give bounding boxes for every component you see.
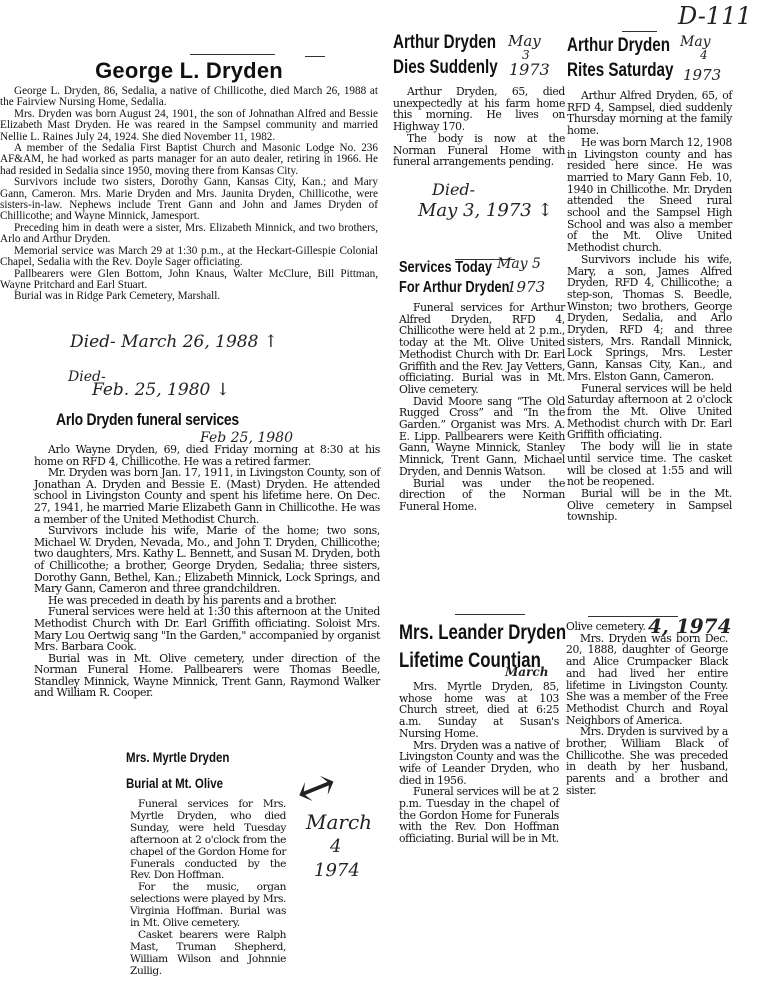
paragraph: Funeral services will be held Saturday a… xyxy=(567,383,732,442)
headline-line-2: Rites Saturday xyxy=(567,58,699,83)
paragraph: David Moore sang “The Old Rugged Cross” … xyxy=(399,396,565,478)
divider xyxy=(305,56,325,57)
paragraph: George L. Dryden, 86, Sedalia, a native … xyxy=(0,86,378,109)
handwritten-note: 4 xyxy=(330,836,341,857)
obituary-arlo-dryden: Arlo Dryden funeral services Arlo Wayne … xyxy=(34,410,380,699)
paragraph: Funeral services for Mrs. Myrtle Dryden,… xyxy=(130,799,286,882)
article-body: Funeral services for Mrs. Myrtle Dryden,… xyxy=(126,799,286,978)
paragraph: Arthur Alfred Dryden, 65, of RFD 4, Samp… xyxy=(567,90,732,137)
headline-line-2: Burial at Mt. Olive xyxy=(126,773,257,793)
paragraph: Burial was under the direction of the No… xyxy=(399,478,565,513)
paragraph: Pallbearers were Glen Bottom, John Knaus… xyxy=(0,269,378,292)
handwritten-note: 4, 1974 xyxy=(648,614,732,638)
handwritten-note: May 5 xyxy=(497,256,541,272)
obituary-myrtle-burial: Mrs. Myrtle Dryden Burial at Mt. Olive F… xyxy=(126,747,286,978)
article-body-col-1: Mrs. Myrtle Dryden, 85, whose home was a… xyxy=(399,681,559,845)
paragraph: Survivors include two sisters, Dorothy G… xyxy=(0,177,378,223)
paragraph: Mrs. Dryden was born Dec. 20, 1888, daug… xyxy=(566,633,728,727)
paragraph: Arlo Wayne Dryden, 69, died Friday morni… xyxy=(34,444,380,467)
paragraph: Survivors include his wife, Marie of the… xyxy=(34,525,380,595)
paragraph: Mrs. Dryden is survived by a brother, Wi… xyxy=(566,726,728,796)
handwritten-note: March xyxy=(505,665,548,679)
handwritten-note: Died- xyxy=(432,180,475,199)
paragraph: Memorial service was March 29 at 1:30 p.… xyxy=(0,246,378,269)
paragraph: He was born March 12, 1908 in Livingston… xyxy=(567,137,732,254)
article-body: Arlo Wayne Dryden, 69, died Friday morni… xyxy=(34,444,380,699)
paragraph: Burial was in Ridge Park Cemetery, Marsh… xyxy=(0,291,378,302)
paragraph: Preceding him in death were a sister, Mr… xyxy=(0,223,378,246)
paragraph: Funeral services for Arthur Alfred Dryde… xyxy=(399,302,565,396)
paragraph: Mrs. Dryden was born August 24, 1901, th… xyxy=(0,109,378,143)
article-body: Funeral services for Arthur Alfred Dryde… xyxy=(399,302,565,513)
paragraph: Arthur Dryden, 65, died unexpectedly at … xyxy=(393,86,565,133)
divider xyxy=(190,54,275,55)
headline: Arlo Dryden funeral services xyxy=(56,410,322,430)
handwritten-note: Feb 25, 1980 xyxy=(200,430,293,446)
paragraph: Burial will be in the Mt. Olive cemetery… xyxy=(567,488,732,523)
headline: George L. Dryden xyxy=(0,58,378,84)
paragraph: Funeral services were held at 1:30 this … xyxy=(34,606,380,652)
handwritten-note: May 3, 1973 ↕ xyxy=(418,200,553,221)
paragraph: For the music, organ selections were pla… xyxy=(130,882,286,930)
article-body: George L. Dryden, 86, Sedalia, a native … xyxy=(0,86,378,303)
page-label: D-111 xyxy=(678,2,752,30)
obituary-george-dryden: George L. Dryden George L. Dryden, 86, S… xyxy=(0,58,378,303)
paragraph: Mr. Dryden was born Jan. 17, 1911, in Li… xyxy=(34,467,380,525)
headline-line-1: Mrs. Leander Dryden xyxy=(399,619,527,647)
paragraph: Casket bearers were Ralph Mast, Truman S… xyxy=(130,930,286,978)
paragraph: The body is now at the Norman Funeral Ho… xyxy=(393,133,565,168)
paragraph: Burial was in Mt. Olive cemetery, under … xyxy=(34,653,380,699)
paragraph: Mrs. Dryden was a native of Livingston C… xyxy=(399,740,559,787)
handwritten-note: 1974 xyxy=(314,860,360,881)
article-body-col-2: Olive cemetery. Mrs. Dryden was born Dec… xyxy=(566,621,728,797)
obituary-arthur-dies-suddenly: Arthur Dryden Dies Suddenly Arthur Dryde… xyxy=(393,30,565,168)
divider xyxy=(455,614,525,615)
headline-line-1: Mrs. Myrtle Dryden xyxy=(126,747,257,767)
paragraph: Funeral services will be at 2 p.m. Tuesd… xyxy=(399,786,559,845)
paragraph: Mrs. Myrtle Dryden, 85, whose home was a… xyxy=(399,681,559,740)
handwritten-note: 1973 xyxy=(683,66,721,84)
divider xyxy=(622,31,657,32)
handwritten-note: Died- March 26, 1988 ↑ xyxy=(70,332,278,352)
handwritten-note: Feb. 25, 1980 ↓ xyxy=(92,380,230,400)
handwritten-note: 1973 xyxy=(509,60,550,79)
handwritten-note: March xyxy=(306,810,372,834)
obituary-leander-dryden-continued: Olive cemetery. Mrs. Dryden was born Dec… xyxy=(566,621,728,797)
paragraph: The body will lie in state until service… xyxy=(567,441,732,488)
obituary-arthur-services-today: Services Today For Arthur Dryden Funeral… xyxy=(399,258,565,513)
paragraph: Survivors include his wife, Mary, a son,… xyxy=(567,254,732,383)
obituary-leander-dryden: Mrs. Leander Dryden Lifetime Countian Mr… xyxy=(399,619,559,845)
obituary-arthur-rites-saturday: Arthur Dryden Rites Saturday Arthur Alfr… xyxy=(567,33,732,523)
handwritten-note: 1973 xyxy=(507,278,545,296)
article-body: Arthur Alfred Dryden, 65, of RFD 4, Samp… xyxy=(567,90,732,523)
article-body: Arthur Dryden, 65, died unexpectedly at … xyxy=(393,86,565,168)
paragraph: A member of the Sedalia First Baptist Ch… xyxy=(0,143,378,177)
handwritten-note: 4 xyxy=(700,48,708,62)
